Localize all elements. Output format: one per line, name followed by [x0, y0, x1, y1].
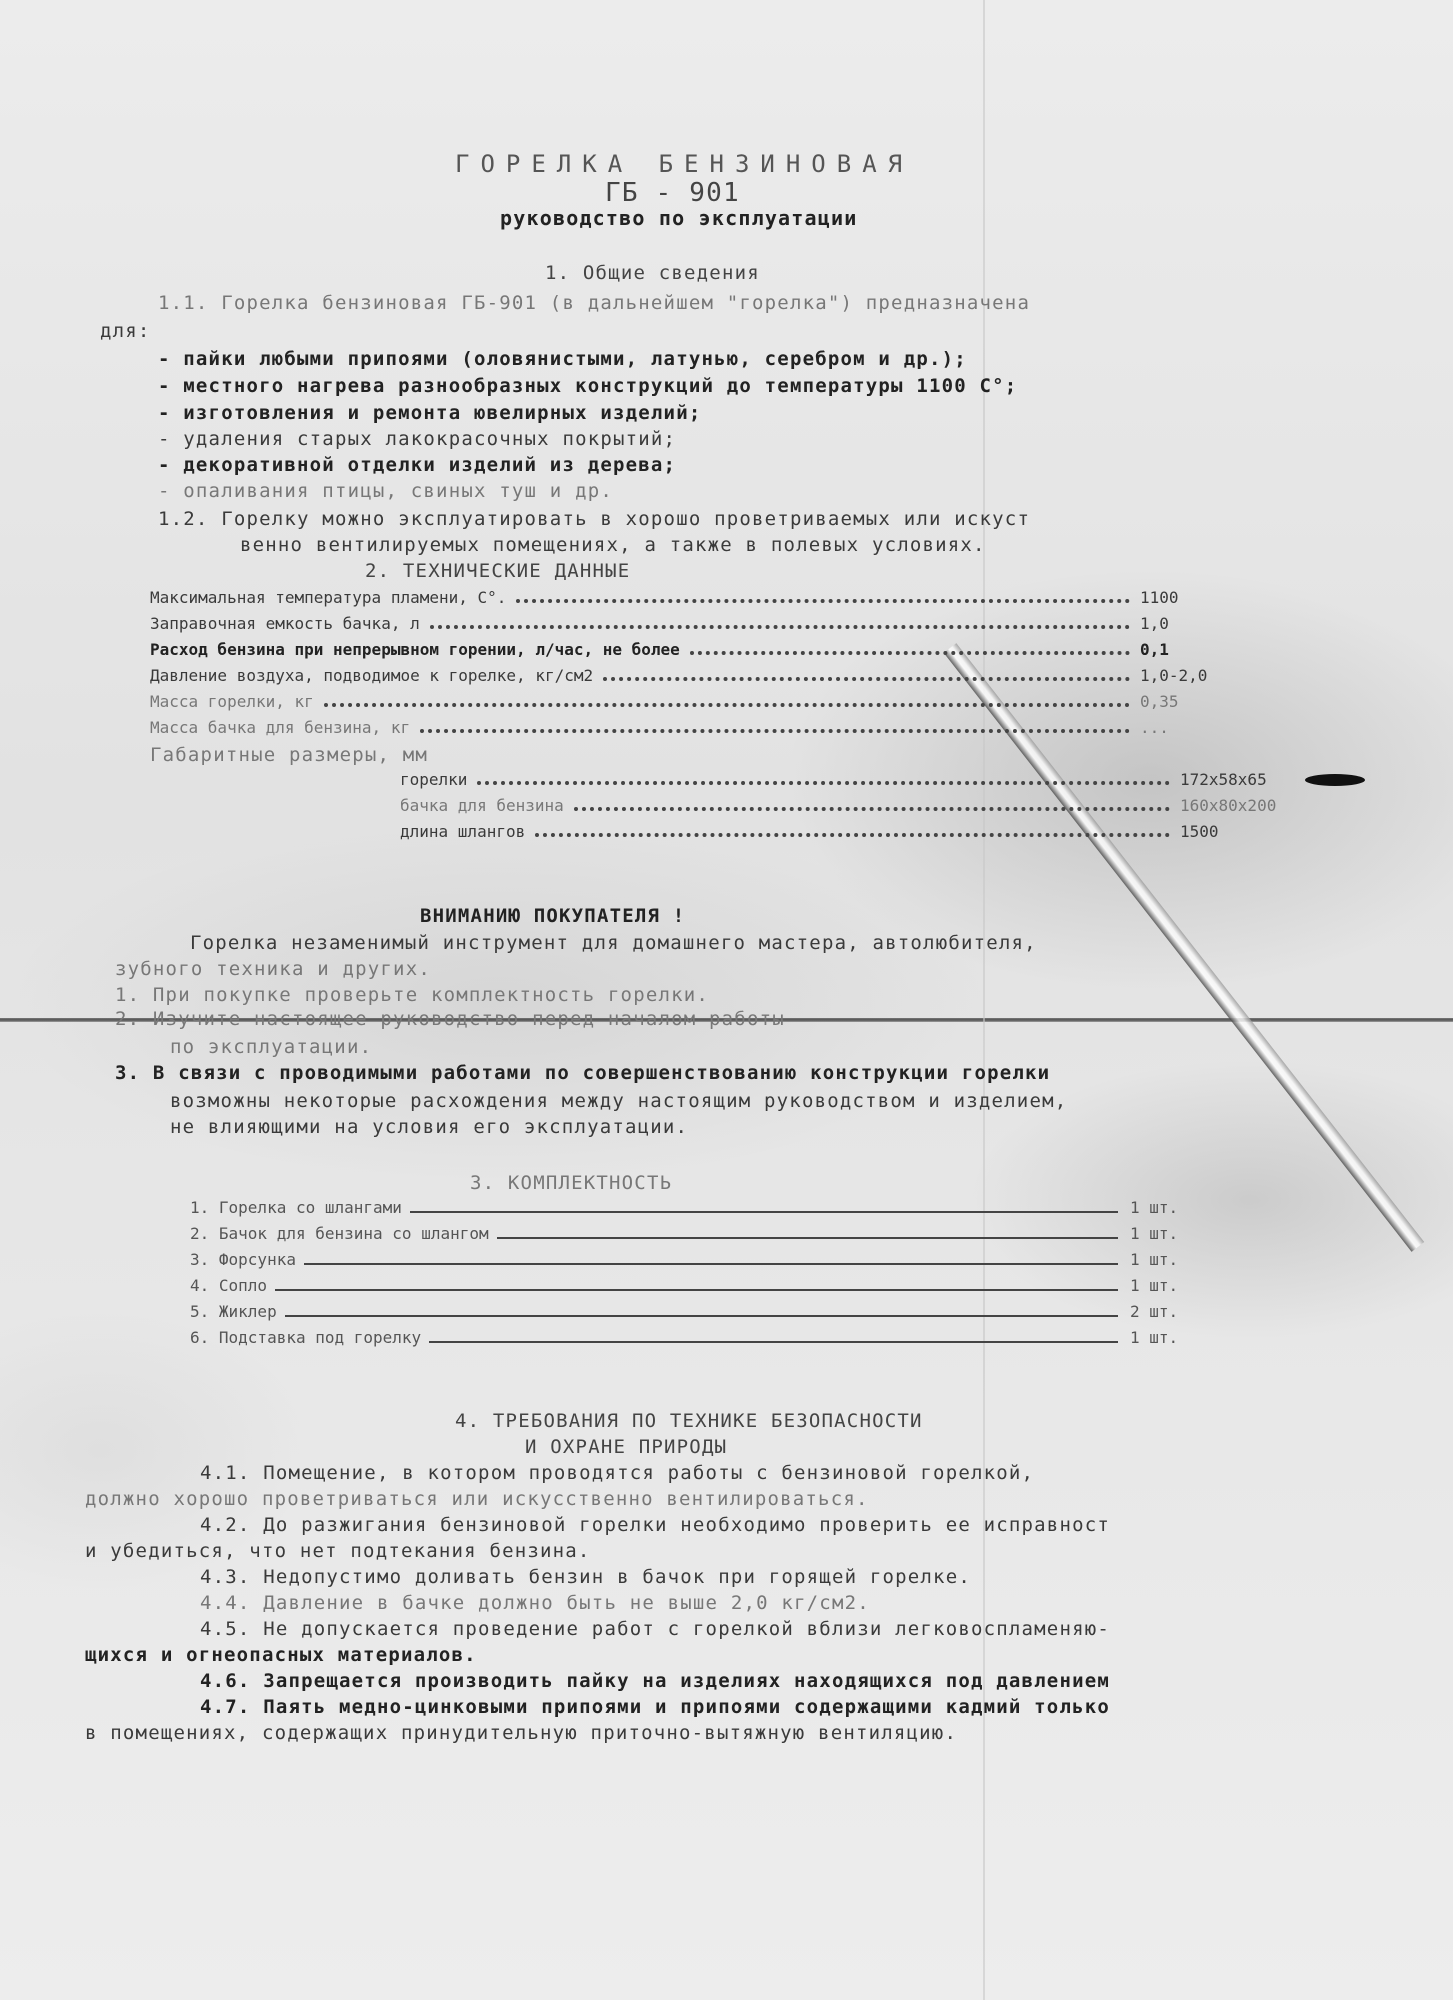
kit-item-label: 1. Горелка со шлангами	[190, 1198, 402, 1217]
use-item: - местного нагрева разнообразных констру…	[158, 375, 1017, 397]
kit-item-qty: 1 шт.	[1130, 1250, 1200, 1269]
leader-dots	[420, 729, 1130, 733]
notice-line: по эксплуатации.	[170, 1036, 372, 1058]
kit-item-qty: 1 шт.	[1130, 1198, 1200, 1217]
spec-label: Масса бачка для бензина, кг	[150, 718, 410, 737]
leader-line	[275, 1289, 1118, 1291]
spec-row: Заправочная емкость бачка, л 1,0	[150, 614, 1280, 640]
leader-line	[285, 1315, 1118, 1317]
leader-line	[429, 1341, 1118, 1343]
section2-heading: 2. ТЕХНИЧЕСКИЕ ДАННЫЕ	[365, 560, 630, 582]
dimension-row: горелки 172х58х65	[400, 770, 1320, 796]
kit-item: 6. Подставка под горелку 1 шт.	[190, 1328, 1200, 1354]
safety-line: 4.1. Помещение, в котором проводятся раб…	[200, 1462, 1034, 1484]
safety-line: 4.6. Запрещается производить пайку на из…	[200, 1670, 1110, 1692]
leader-dots	[690, 651, 1130, 655]
use-item: - декоративной отделки изделий из дерева…	[158, 454, 676, 476]
section1-heading: 1. Общие сведения	[545, 262, 760, 284]
notice-line: зубного техника и других.	[115, 958, 431, 980]
kit-item-qty: 1 шт.	[1130, 1224, 1200, 1243]
dimensions-label: Габаритные размеры, мм	[150, 744, 428, 766]
kit-item-label: 3. Форсунка	[190, 1250, 296, 1269]
leader-dots	[477, 781, 1170, 785]
section1-note-line1: 1.2. Горелку можно эксплуатировать в хор…	[158, 508, 1030, 530]
kit-item-label: 5. Жиклер	[190, 1302, 277, 1321]
use-item: - изготовления и ремонта ювелирных издел…	[158, 402, 701, 424]
safety-line: в помещениях, содержащих принудительную …	[85, 1722, 957, 1744]
spec-value: 1100	[1140, 588, 1280, 607]
leader-dots	[324, 703, 1130, 707]
kit-item: 2. Бачок для бензина со шлангом 1 шт.	[190, 1224, 1200, 1250]
kit-item-qty: 1 шт.	[1130, 1328, 1200, 1347]
dimension-value: 172х58х65	[1180, 770, 1320, 789]
use-item: - опаливания птицы, свиных туш и др.	[158, 480, 613, 502]
safety-line: 4.4. Давление в бачке должно быть не выш…	[200, 1592, 870, 1614]
safety-line: 4.2. До разжигания бензиновой горелки не…	[200, 1514, 1110, 1536]
spec-row: Максимальная температура пламени, С°. 11…	[150, 588, 1280, 614]
kit-item-qty: 2 шт.	[1130, 1302, 1200, 1321]
spec-row: Расход бензина при непрерывном горении, …	[150, 640, 1280, 666]
notice-line: возможны некоторые расхождения между нас…	[170, 1090, 1067, 1112]
notice-line: 2. Изучите настоящее руководство перед н…	[115, 1008, 785, 1030]
kit-item-label: 4. Сопло	[190, 1276, 267, 1295]
section1-note-line2: венно вентилируемых помещениях, а также …	[240, 534, 986, 556]
kit-item: 5. Жиклер 2 шт.	[190, 1302, 1200, 1328]
spec-row: Давление воздуха, подводимое к горелке, …	[150, 666, 1280, 692]
leader-dots	[603, 677, 1130, 681]
safety-line: 4.7. Паять медно-цинковыми припоями и пр…	[200, 1696, 1110, 1718]
spec-label: Расход бензина при непрерывном горении, …	[150, 640, 680, 659]
section3-heading: 3. КОМПЛЕКТНОСТЬ	[470, 1172, 672, 1194]
kit-item: 3. Форсунка 1 шт.	[190, 1250, 1200, 1276]
spec-label: Масса горелки, кг	[150, 692, 314, 711]
document-title: ГОРЕЛКА БЕНЗИНОВАЯ	[455, 150, 913, 178]
dimension-value: 1500	[1180, 822, 1320, 841]
notice-heading: ВНИМАНИЮ ПОКУПАТЕЛЯ !	[420, 905, 685, 927]
dimension-value: 160х80х200	[1180, 796, 1320, 815]
notice-line: не влияющими на условия его эксплуатации…	[170, 1116, 688, 1138]
leader-dots	[516, 599, 1130, 603]
kit-item-label: 2. Бачок для бензина со шлангом	[190, 1224, 489, 1243]
section4-heading: 4. ТРЕБОВАНИЯ ПО ТЕХНИКЕ БЕЗОПАСНОСТИ	[455, 1410, 923, 1432]
leader-dots	[430, 625, 1130, 629]
spec-row: Масса бачка для бензина, кг ...	[150, 718, 1280, 744]
model-number: ГБ - 901	[605, 178, 740, 208]
leader-line	[410, 1211, 1118, 1213]
dimension-row: бачка для бензина 160х80х200	[400, 796, 1320, 822]
section4-heading-line2: И ОХРАНЕ ПРИРОДЫ	[525, 1436, 727, 1458]
spec-value: 1,0-2,0	[1140, 666, 1280, 685]
safety-line: должно хорошо проветриваться или искусст…	[85, 1488, 869, 1510]
kit-item: 4. Сопло 1 шт.	[190, 1276, 1200, 1302]
leader-line	[497, 1237, 1118, 1239]
document-subtitle: руководство по эксплуатации	[500, 206, 858, 230]
spec-row: Масса горелки, кг 0,35	[150, 692, 1280, 718]
notice-line: 1. При покупке проверьте комплектность г…	[115, 984, 709, 1006]
spec-value: 0,35	[1140, 692, 1280, 711]
dimension-row: длина шлангов 1500	[400, 822, 1320, 848]
kit-item-qty: 1 шт.	[1130, 1276, 1200, 1295]
spec-label: Заправочная емкость бачка, л	[150, 614, 420, 633]
use-item: - пайки любыми припоями (оловянистыми, л…	[158, 348, 967, 370]
use-item: - удаления старых лакокрасочных покрытий…	[158, 428, 676, 450]
notice-line: 3. В связи с проводимыми работами по сов…	[115, 1062, 1050, 1084]
dimension-label: горелки	[400, 770, 467, 789]
spec-label: Максимальная температура пламени, С°.	[150, 588, 506, 607]
spec-value: ...	[1140, 718, 1280, 737]
notice-line: Горелка незаменимый инструмент для домаш…	[190, 932, 1037, 954]
section1-intro-line1: 1.1. Горелка бензиновая ГБ-901 (в дальне…	[158, 292, 1030, 314]
spec-label: Давление воздуха, подводимое к горелке, …	[150, 666, 593, 685]
safety-line: и убедиться, что нет подтекания бензина.	[85, 1540, 591, 1562]
safety-line: 4.3. Недопустимо доливать бензин в бачок…	[200, 1566, 971, 1588]
section1-intro-line2: для:	[100, 320, 151, 342]
dimension-label: длина шлангов	[400, 822, 525, 841]
safety-line: щихся и огнеопасных материалов.	[85, 1644, 477, 1666]
dimension-label: бачка для бензина	[400, 796, 564, 815]
safety-line: 4.5. Не допускается проведение работ с г…	[200, 1618, 1110, 1640]
spec-value: 1,0	[1140, 614, 1280, 633]
leader-line	[304, 1263, 1118, 1265]
spec-value: 0,1	[1140, 640, 1280, 659]
leader-dots	[574, 807, 1170, 811]
kit-item-label: 6. Подставка под горелку	[190, 1328, 421, 1347]
kit-item: 1. Горелка со шлангами 1 шт.	[190, 1198, 1200, 1224]
leader-dots	[535, 833, 1170, 837]
